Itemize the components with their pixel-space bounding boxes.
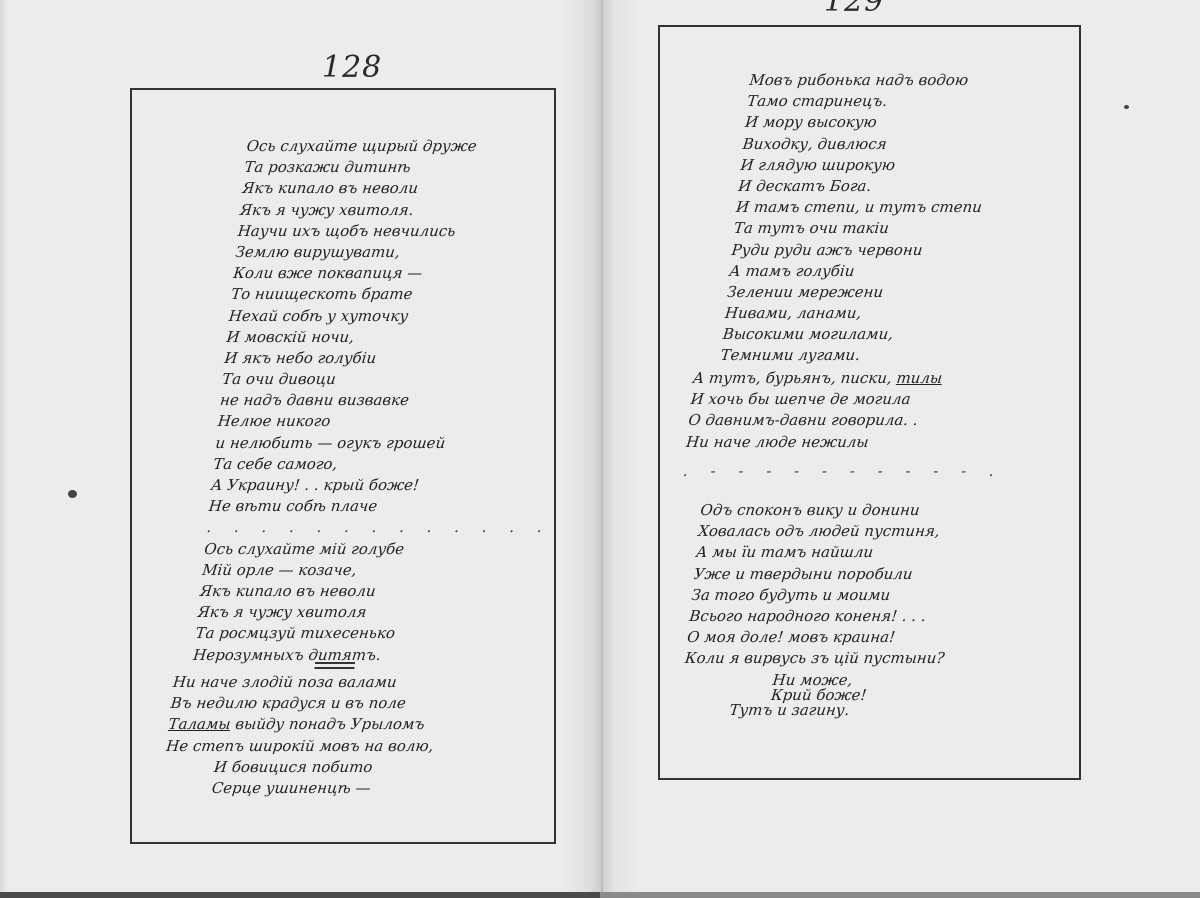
verse-line: О давнимъ-давни говорила. . bbox=[687, 410, 1009, 431]
verse-line: Виходку, дивлюся bbox=[742, 134, 990, 155]
verse-line: Ховалась одъ людей пустиня, bbox=[697, 521, 959, 542]
verse-line: Серце ушиненцѣ — bbox=[161, 778, 430, 799]
verse-line: Та росмцзуй тихесенько bbox=[194, 623, 540, 644]
verse-line: Ось слухайте мій голубе bbox=[203, 539, 549, 560]
ink-speck bbox=[1124, 105, 1129, 109]
verse-line: Ось слухайте щирый друже bbox=[246, 136, 592, 157]
verse-line: Нивами, ланами, bbox=[724, 303, 972, 324]
verse-line: Якъ кипало въ неволи bbox=[199, 581, 545, 602]
verse-line: А Украину! . . крый боже! bbox=[210, 475, 556, 496]
verse-line: Нелюе никого bbox=[217, 411, 563, 432]
verse-line: Уже и твердыни поробили bbox=[693, 564, 955, 585]
left-page-stanza-2: Ни наче злодій поза валами Въ недилю кра… bbox=[161, 660, 443, 799]
verse-line: За того будуть и моими bbox=[690, 585, 952, 606]
dotted-separator: . . . . . . . . . . . . . bbox=[206, 517, 552, 538]
underlined-word: тилы bbox=[896, 369, 944, 387]
verse-line: Та очи дивоци bbox=[221, 369, 567, 390]
verse-line: То ниищескоть брате bbox=[230, 284, 576, 305]
verse-line: Коли я вирвусь зъ цій пустыни? bbox=[684, 648, 946, 669]
verse-line: и нелюбить — огукъ грошей bbox=[214, 433, 560, 454]
verse-line: Ни наче люде нежилы bbox=[685, 432, 1007, 453]
verse-line: И хочь бы шепче де могила bbox=[690, 389, 1012, 410]
verse-line: И якъ небо голубіи bbox=[223, 348, 569, 369]
verse-line: Якъ кипало въ неволи bbox=[241, 178, 587, 199]
verse-line: И мору высокую bbox=[744, 112, 992, 133]
verse-line: Та розкажи дитинѣ bbox=[243, 157, 589, 178]
page-number-right: 129 bbox=[824, 0, 884, 19]
verse-line: Та себе самого, bbox=[212, 454, 558, 475]
verse-line: Въ недилю крадуся и въ поле bbox=[170, 693, 439, 714]
verse-line: Якъ я чужу хвитоля bbox=[197, 602, 543, 623]
book-gutter bbox=[601, 0, 603, 893]
right-page-stanza-2: А тутъ, бурьянъ, писки, тилы И хочь бы ш… bbox=[682, 368, 1014, 482]
underlined-word: Таламы bbox=[168, 715, 232, 733]
verse-line: И тамъ степи, и тутъ степи bbox=[735, 197, 983, 218]
verse-line: Коли вже поквапиця — bbox=[232, 263, 578, 284]
verse-line: Нехай собѣ у хуточку bbox=[228, 306, 574, 327]
verse-line: Не степъ широкій мовъ на волю, bbox=[165, 736, 434, 757]
verse-line: Не вѣти собѣ плаче bbox=[208, 496, 554, 517]
left-page-stanza-1: Ось слухайте щирый друже Та розкажи дити… bbox=[192, 136, 592, 666]
ink-speck bbox=[68, 490, 77, 498]
verse-line: Та тутъ очи такіи bbox=[733, 218, 981, 239]
bottom-edge-right bbox=[600, 892, 1200, 898]
right-page-stanza-3: Одъ споконъ вику и донини Ховалась одъ л… bbox=[678, 500, 961, 721]
right-page-stanza-1: Мовъ рибонька надъ водою Тамо старинецъ.… bbox=[719, 70, 996, 367]
verse-line: А тутъ, бурьянъ, писки, тилы bbox=[692, 368, 1014, 389]
verse-line: Всього народного коненя! . . . bbox=[688, 606, 950, 627]
verse-line: Тамо старинецъ. bbox=[746, 91, 994, 112]
verse-line: О моя доле! мовъ краина! bbox=[686, 627, 948, 648]
verse-line: Высокими могилами, bbox=[722, 324, 970, 345]
verse-line: И мовскій ночи, bbox=[226, 327, 572, 348]
verse-line: И бовицися побито bbox=[163, 757, 432, 778]
verse-line: А тамъ голубіи bbox=[728, 261, 976, 282]
verse-line: И глядую широкую bbox=[739, 155, 987, 176]
verse-line: Темними лугами. bbox=[719, 345, 967, 366]
verse-line: Якъ я чужу хвитоля. bbox=[239, 200, 585, 221]
verse-line: Одъ споконъ вику и донини bbox=[699, 500, 961, 521]
verse-line: Землю вирушувати, bbox=[234, 242, 580, 263]
verse-line: Зелении мережени bbox=[726, 282, 974, 303]
dashed-separator: . - - - - - - - - - - . bbox=[682, 461, 1004, 482]
verse-line: А мы їи тамъ найшли bbox=[695, 542, 957, 563]
verse-line: Таламы выйду понадъ Урыломъ bbox=[167, 714, 436, 735]
verse-line: И дескатъ Бога. bbox=[737, 176, 985, 197]
double-rule-divider bbox=[174, 662, 442, 672]
verse-line: Научи ихъ щобъ невчились bbox=[237, 221, 583, 242]
verse-line: не надъ давни визвавке bbox=[219, 390, 565, 411]
verse-line: Ни наче злодій поза валами bbox=[172, 672, 441, 693]
verse-line: Мій орле — козаче, bbox=[201, 560, 547, 581]
verse-line: Тутъ и загину. bbox=[678, 700, 940, 721]
verse-line: Мовъ рибонька надъ водою bbox=[748, 70, 996, 91]
page-number-left: 128 bbox=[322, 50, 382, 85]
verse-line: Руди руди ажъ червони bbox=[731, 240, 979, 261]
